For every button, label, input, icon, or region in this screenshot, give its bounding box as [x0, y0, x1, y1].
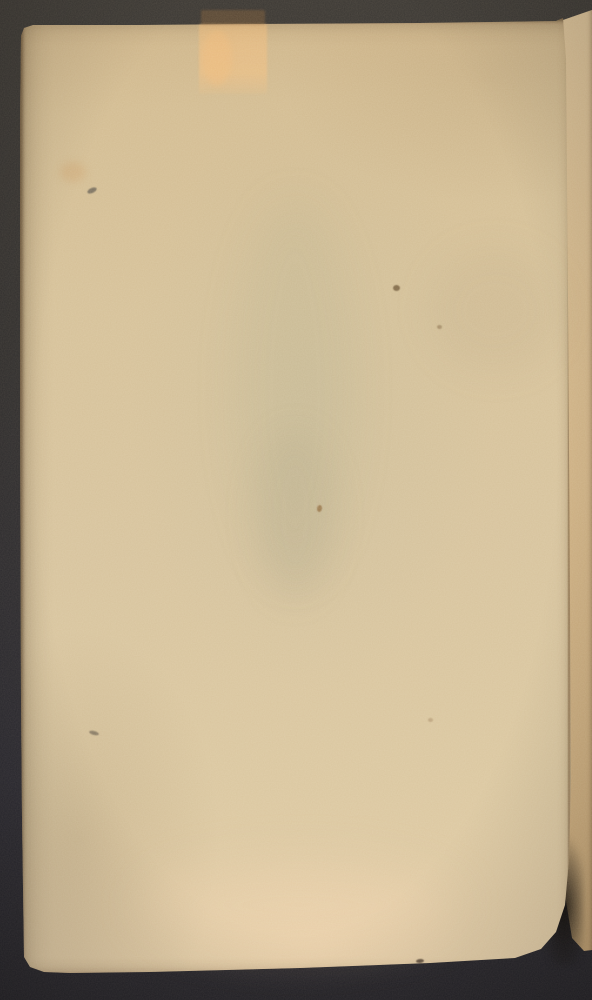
scanner-background	[0, 0, 592, 1000]
blank-book-page	[20, 18, 572, 974]
tape-wrap-over-edge	[201, 10, 265, 25]
